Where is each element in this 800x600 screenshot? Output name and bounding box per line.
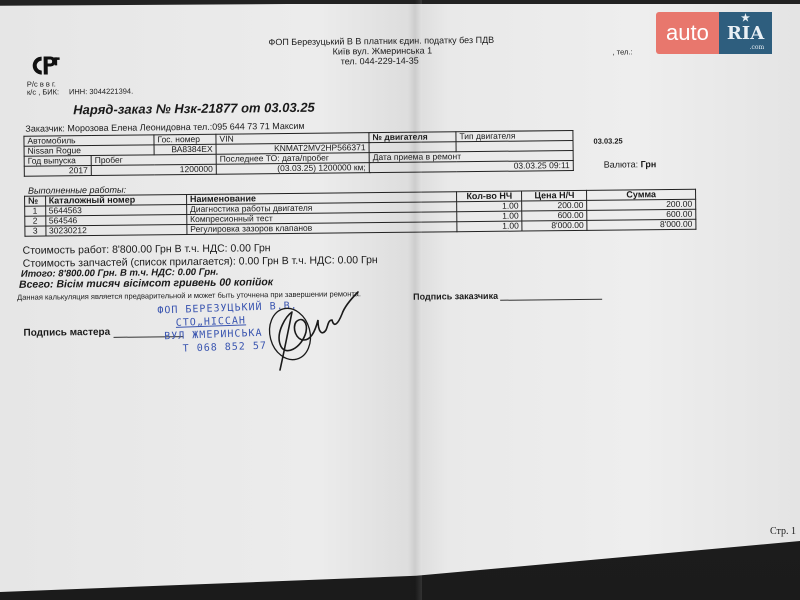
plate-value: ВА8384ЕХ: [154, 144, 216, 155]
customer-signature-field[interactable]: Подпись заказчика: [413, 290, 603, 302]
currency-label: Валюта: Грн: [604, 159, 657, 170]
inn-text: ИНН: 3044221394.: [69, 87, 133, 97]
autoria-watermark: auto ★ RIA .com: [656, 12, 772, 54]
last-to-value: (03.03.25) 1200000 км;: [216, 163, 369, 175]
works-cell-sum: 8'000.00: [587, 219, 696, 230]
mileage-value: 1200000: [91, 164, 216, 175]
watermark-com: .com: [750, 44, 765, 51]
customer-signature-label: Подпись заказчика: [413, 291, 498, 302]
customer-line: Заказчик: Морозова Елена Леонидовна тел.…: [25, 121, 304, 134]
works-cell-name: Регулировка зазоров клапанов: [187, 222, 457, 235]
currency-text: Валюта:: [604, 159, 638, 169]
star-icon: ★: [741, 15, 750, 23]
document-content: ФОП Березуцький В В платник єдин. податк…: [0, 0, 800, 600]
document-title: Наряд-заказ № Нзк-21877 от 03.03.25: [73, 100, 315, 118]
currency-value: Грн: [641, 159, 657, 169]
vsego-total: Всего: Вісім тисяч вісімсот гривень 00 к…: [19, 276, 273, 291]
vehicle-table: Автомобиль Гос. номер VIN № двигателя Ти…: [23, 130, 573, 177]
page-number: Стр. 1: [770, 526, 796, 537]
rst-certification-icon: [31, 54, 61, 76]
right-phone-label: , тел.:: [613, 47, 633, 56]
bank-line-2: к/с , БИК:: [27, 87, 59, 96]
phone-line: тел. 044-229-14-35: [341, 56, 419, 67]
works-cell-n: 3: [25, 226, 46, 236]
works-cell-code: 30230212: [45, 225, 186, 236]
watermark-ria-text: RIA: [727, 23, 764, 44]
works-table: №Каталожный номерНаименованиеКол-во НЧЦе…: [24, 189, 696, 237]
watermark-ria: ★ RIA .com: [719, 12, 772, 54]
works-cell-price: 8'000.00: [522, 220, 587, 231]
intake-value: 03.03.25 09:11: [369, 161, 573, 173]
works-cell-qty: 1.00: [457, 221, 523, 232]
watermark-auto: auto: [656, 12, 719, 54]
handwritten-signature: [262, 282, 362, 377]
date-right: 03.03.25: [593, 136, 622, 145]
year-value: 2017: [24, 166, 91, 177]
master-signature-label: Подпись мастера: [23, 327, 110, 339]
customer-signature-line: [501, 299, 603, 301]
